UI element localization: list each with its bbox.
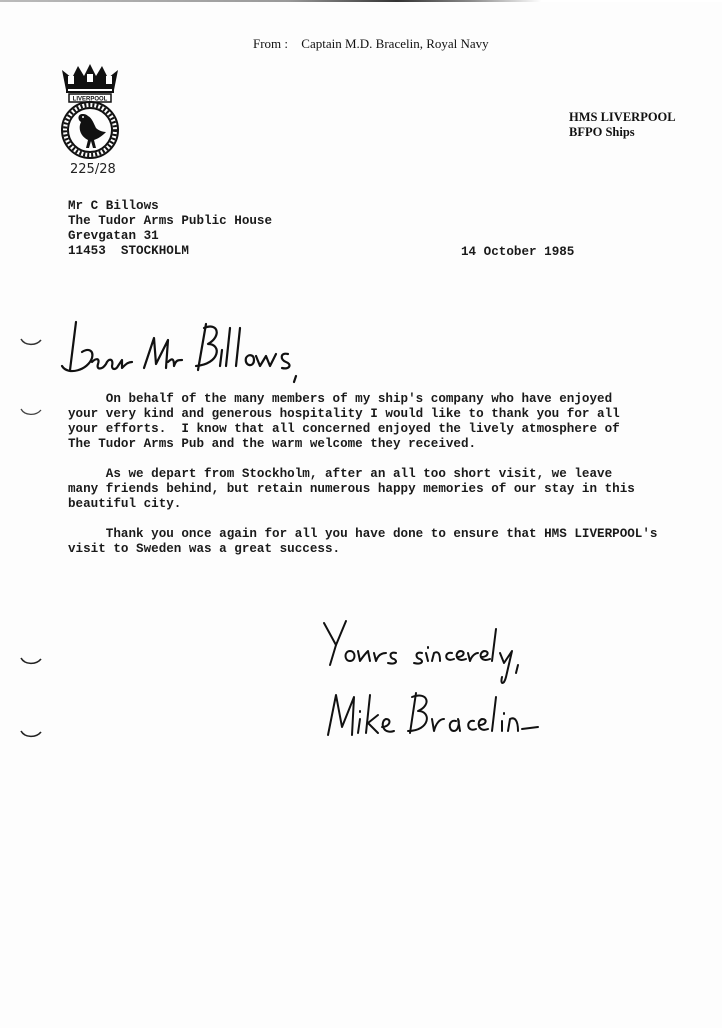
from-line: From : Captain M.D. Bracelin, Royal Navy: [253, 36, 489, 52]
body-paragraph: As we depart from Stockholm, after an al…: [68, 467, 668, 512]
reference-number: 225/28: [70, 162, 116, 177]
body-paragraph: On behalf of the many members of my ship…: [68, 392, 668, 452]
handwritten-salutation: Dear Mr Billows,: [58, 318, 318, 384]
from-value: Captain M.D. Bracelin, Royal Navy: [301, 36, 488, 51]
scan-edge-line: [0, 0, 722, 2]
recipient-address: Mr C Billows The Tudor Arms Public House…: [68, 199, 272, 259]
address-line: The Tudor Arms Public House: [68, 214, 272, 229]
address-line: 11453 STOCKHOLM: [68, 244, 272, 259]
ship-crest-icon: LIVERPOOL: [52, 62, 128, 162]
ship-address: HMS LIVERPOOL BFPO Ships: [569, 110, 676, 140]
handwritten-closing: Yours sincerely,: [320, 615, 570, 745]
letter-body: On behalf of the many members of my ship…: [68, 392, 668, 572]
punch-hole-mark-icon: [20, 730, 42, 738]
body-paragraph: Thank you once again for all you have do…: [68, 527, 668, 557]
punch-hole-mark-icon: [20, 408, 42, 416]
address-line: Grevgatan 31: [68, 229, 272, 244]
letter-date: 14 October 1985: [461, 245, 574, 259]
address-line: Mr C Billows: [68, 199, 272, 214]
punch-hole-mark-icon: [20, 338, 42, 346]
from-label: From :: [253, 36, 288, 51]
punch-hole-mark-icon: [20, 657, 42, 665]
ship-name: HMS LIVERPOOL: [569, 110, 676, 125]
ship-bfpo: BFPO Ships: [569, 125, 676, 140]
